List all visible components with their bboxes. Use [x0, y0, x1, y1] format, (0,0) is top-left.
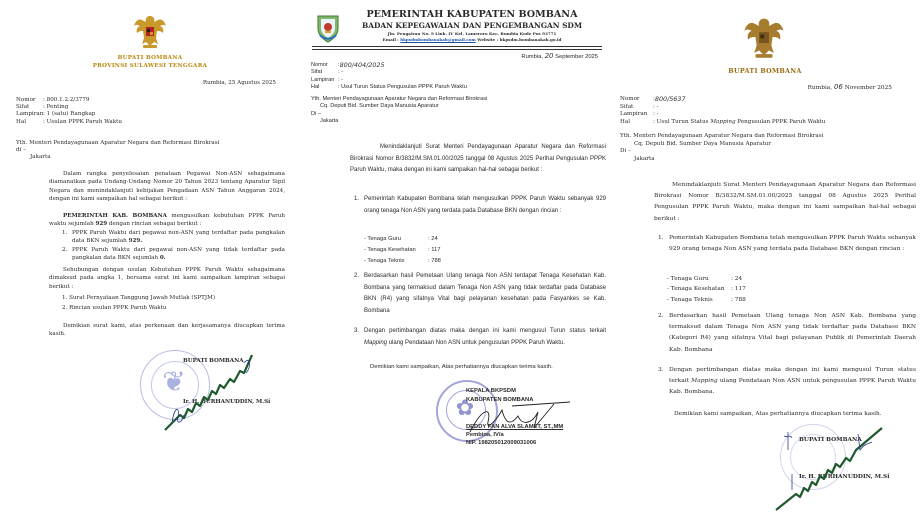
recipient-line: Di – — [311, 111, 487, 118]
date-suffix: November 2025 — [843, 85, 892, 91]
website-link[interactable]: bkpsdm.bombanakab.go.id — [500, 37, 562, 42]
meta-value: : - — [338, 69, 343, 76]
intro-paragraph: Menindaklanjuti Surat Menteri Pendayagun… — [350, 142, 606, 177]
recipient: Yth. Menteri Pendayagunaan Aparatur Nega… — [620, 133, 823, 163]
letterhead-title: BUPATI BOMBANA — [610, 68, 920, 75]
closing-paragraph: Demikian kami sampaikan, Atas perhatiann… — [370, 364, 553, 371]
point-num: 3. — [658, 365, 669, 399]
item-value: 929. — [129, 238, 143, 244]
meta-value: : - — [653, 111, 659, 119]
meta-key: Lampiran — [311, 77, 338, 84]
meta-value: : 1 (satu) Rangkap — [43, 111, 95, 118]
date-prefix: Rumbia, — [808, 85, 834, 91]
point-1: 1.Pemerintah Kabupaten Bombana telah men… — [658, 233, 916, 255]
letter-meta: Nomor: 800/404/2025 Sifat: - Lampiran: -… — [311, 62, 467, 91]
date-day-handwritten: 06 — [834, 83, 843, 91]
meta-value: : - — [653, 104, 659, 112]
meta-value: : Usulan PPPK Paruh Waktu — [43, 119, 122, 126]
letterhead-contact: Email : bkpsdmbombanakab@gmail.com Websi… — [344, 37, 600, 43]
point-num: 2. — [354, 271, 364, 317]
meta-value: : - — [338, 77, 343, 84]
letter-bupati-august: BUPATI BOMBANA PROVINSI SULAWESI TENGGAR… — [0, 0, 300, 518]
point-text: ulang Pendataan Non ASN untuk pengusulan… — [387, 340, 565, 346]
meta-value: : 800.1.2.2/3779 — [43, 97, 89, 104]
date-day-handwritten: 20 — [545, 52, 554, 60]
signature-stroke — [160, 345, 260, 435]
letter-date: Rumbia, 20 September 2025 — [521, 53, 598, 61]
breakdown-value: : 788 — [428, 256, 441, 267]
letterhead-divider-thin — [312, 49, 602, 50]
intro-paragraph: Menindaklanjuti Surat Menteri Pendayagun… — [654, 180, 916, 225]
letter-bupati-november: BUPATI BOMBANA Rumbia, 06 November 2025 … — [610, 0, 920, 518]
signatory-name: DEDDY FAN ALVA SLAMET, ST.,MM — [466, 424, 563, 431]
item-text: PPPK Paruh Waktu dari pegawai non-ASN ya… — [72, 247, 285, 261]
point-text: Pemerintah Kabupaten Bombana telah mengu… — [669, 233, 916, 255]
meta-key: Hal — [16, 119, 43, 126]
breakdown-value: : 788 — [731, 295, 746, 305]
meta-italic: Mapping — [710, 119, 735, 125]
breakdown-label: - Tenaga Teknis — [364, 256, 428, 267]
item-text: PPPK Paruh Waktu dari pegawai non-ASN ya… — [72, 230, 285, 244]
item-value: 0. — [160, 255, 166, 261]
point-3: 3.Dengan pertimbangan diatas maka dengan… — [658, 365, 916, 399]
point-2: 2.Berdasarkan hasil Pemetaan Ulang tenag… — [354, 271, 606, 317]
point-2: 2.Berdasarkan hasil Pemetaan Ulang tenag… — [658, 311, 916, 356]
point-text: Berdasarkan hasil Pemetaan Ulang tenaga … — [669, 311, 916, 356]
attachment-text: Rincian usulan PPPK Paruh Waktu — [69, 305, 166, 311]
breakdown-label: - Tenaga Guru — [364, 234, 428, 245]
meta-key: Lampiran — [16, 111, 43, 118]
meta-key: Nomor — [311, 62, 338, 69]
point-3: 3.Dengan pertimbangan diatas maka dengan… — [354, 326, 606, 349]
recipient-line: Di – — [620, 148, 823, 156]
letter-date: Rumbia, 25 Agustus 2025 — [203, 80, 276, 87]
letterhead-line2: BADAN KEPEGAWAIAN DAN PENGEMBANGAN SDM — [344, 21, 600, 30]
meta-value: : Usul Turun Status Pengusulan PPPK Paru… — [338, 84, 467, 91]
letter-meta: Nomor: 800/5637 Sifat: - Lampiran: - Hal… — [620, 96, 826, 126]
meta-key: Sifat — [311, 69, 338, 76]
breakdown-value: : 24 — [428, 234, 438, 245]
recipient-line: Yth. Menteri Pendayagunaan Aparatur Nega… — [16, 140, 219, 147]
meta-value: Pengusulan PPPK Paruh Waktu — [736, 119, 826, 125]
breakdown-value: : 117 — [428, 245, 440, 256]
date-prefix: Rumbia, — [521, 54, 544, 60]
attachment-list: 1. Surat Pernyataan Tanggung Jawab Mutla… — [62, 293, 215, 313]
breakdown-list: - Tenaga Guru: 24 - Tenaga Kesehatan: 11… — [667, 274, 746, 305]
signature-stroke — [770, 418, 890, 518]
breakdown-value: : 117 — [731, 284, 746, 294]
point-italic: Mapping — [691, 378, 718, 384]
signatory-rank: Pembina, IV/a — [466, 432, 504, 439]
point-num: 1. — [354, 194, 364, 217]
breakdown-label: - Tenaga Kesehatan — [667, 284, 731, 294]
breakdown-label: - Tenaga Guru — [667, 274, 731, 284]
recipient: Yth. Menteri Pendayagunaan Aparatur Nega… — [16, 140, 219, 162]
recipient-line: di – — [16, 147, 219, 154]
attachment-text: Surat Pernyataan Tanggung Jawab Mutlak (… — [69, 295, 215, 301]
letterhead-divider — [312, 46, 602, 47]
garuda-emblem-icon — [742, 12, 786, 62]
point-1: 1.Pemerintah Kabupaten Bombana telah men… — [354, 194, 606, 217]
proposal-tail: dengan rincian sebagai berikut : — [107, 221, 201, 227]
meta-value: : Usul Turun Status — [653, 119, 710, 125]
date-suffix: September 2025 — [554, 54, 598, 60]
point-text: Pemerintah Kabupaten Bombana telah mengu… — [364, 194, 606, 217]
signatory-nip: NIP. 198205012009031006 — [466, 440, 536, 447]
meta-number-handwritten: 800/5637 — [655, 96, 686, 104]
letter-date: Rumbia, 06 November 2025 — [808, 84, 892, 92]
signatory-position: KEPALA BKPSDM — [466, 388, 516, 395]
letterhead-title: BUPATI BOMBANA — [0, 55, 300, 62]
meta-key: Hal — [311, 84, 338, 91]
point-num: 1. — [658, 233, 669, 255]
meta-key: Nomor — [16, 97, 43, 104]
item-num: 1. — [62, 229, 72, 246]
meta-number-handwritten: 800/404/2025 — [340, 62, 385, 69]
letterhead-line1: PEMERINTAH KABUPATEN BOMBANA — [344, 9, 600, 20]
breakdown-label: - Tenaga Teknis — [667, 295, 731, 305]
letterhead-subtitle: PROVINSI SULAWESI TENGGARA — [0, 63, 300, 70]
breakdown-value: : 24 — [731, 274, 742, 284]
website-label: Website : — [476, 37, 500, 42]
letter-meta: Nomor: 800.1.2.2/3779 Sifat: Penting Lam… — [16, 97, 122, 126]
bombana-regency-logo-icon — [316, 13, 340, 43]
recipient: Yth. Menteri Pendayagunaan Aparatur Nega… — [311, 96, 487, 126]
recipient-line: Yth. Menteri Pendayagunaan Aparatur Nega… — [311, 96, 487, 103]
point-italic: Mapping — [364, 340, 387, 346]
email-link[interactable]: bkpsdmbombanakab@gmail.com — [400, 37, 476, 42]
point-num: 3. — [354, 326, 364, 349]
meta-key: Lampiran — [620, 111, 653, 119]
point-text: Berdasarkan hasil Pemetaan Ulang tenaga … — [364, 271, 606, 317]
meta-key: Nomor — [620, 96, 653, 104]
recipient-city: Jakarta — [16, 154, 219, 161]
meta-key: Hal — [620, 119, 653, 127]
item-num: 2. — [62, 246, 72, 263]
meta-key: Sifat — [16, 104, 43, 111]
intro-paragraph: Dalam rangka penyelesaian penataan Pegaw… — [49, 170, 285, 203]
proposal-total: 929 — [95, 221, 107, 227]
proposal-paragraph: PEMERINTAH KAB. BOMBANA mengusulkan kebu… — [49, 212, 285, 229]
recipient-line: Cq. Deputi Bid. Sumber Daya Manusia Apar… — [311, 103, 487, 110]
letter-bkpsdm-september: PEMERINTAH KABUPATEN BOMBANA BADAN KEPEG… — [302, 0, 608, 518]
proposal-lead: PEMERINTAH KAB. BOMBANA — [63, 213, 167, 219]
closing-paragraph: Demikian surat kami, atas perkenaan dan … — [49, 322, 285, 339]
point-text: Dengan pertimbangan diatas maka dengan i… — [364, 328, 606, 334]
attachment-num: 2. — [62, 305, 67, 311]
attachment-paragraph: Sehubungan dengan usulan Kebutuhan PPPK … — [49, 266, 285, 291]
recipient-city: Jakarta — [311, 118, 487, 125]
recipient-line: Yth. Menteri Pendayagunaan Aparatur Nega… — [620, 133, 823, 141]
meta-key: Sifat — [620, 104, 653, 112]
breakdown-list: - Tenaga Guru: 24 - Tenaga Kesehatan: 11… — [364, 234, 441, 266]
garuda-emblem-icon — [132, 12, 168, 50]
recipient-line: Cq. Deputi Bid. Sumber Daya Manusia Apar… — [620, 141, 823, 149]
recipient-city: Jakarta — [620, 156, 823, 164]
point-num: 2. — [658, 311, 669, 356]
email-label: Email : — [383, 37, 401, 42]
proposal-items: 1.PPPK Paruh Waktu dari pegawai non-ASN … — [62, 229, 285, 262]
attachment-num: 1. — [62, 295, 67, 301]
breakdown-label: - Tenaga Kesehatan — [364, 245, 428, 256]
